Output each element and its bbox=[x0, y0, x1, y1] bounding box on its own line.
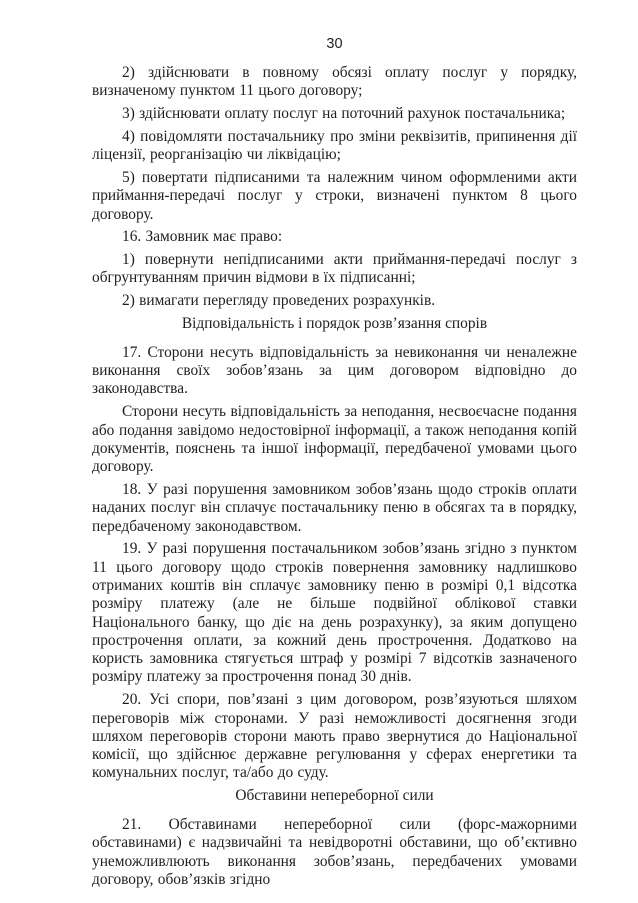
paragraph: 4) повідомляти постачальнику про зміни р… bbox=[92, 128, 577, 165]
document-page: 30 2) здійснювати в повному обсязі оплат… bbox=[0, 0, 638, 903]
page-content: 30 2) здійснювати в повному обсязі оплат… bbox=[92, 35, 577, 894]
page-number: 30 bbox=[92, 35, 577, 53]
paragraph: 19. У разі порушення постачальником зобо… bbox=[92, 540, 577, 686]
paragraph: 5) повертати підписаними та належним чин… bbox=[92, 169, 577, 224]
paragraph: 21. Обставинами непереборної сили (форс-… bbox=[92, 816, 577, 889]
paragraph: 20. Усі спори, пов’язані з цим договором… bbox=[92, 691, 577, 782]
paragraph: 3) здійснювати оплату послуг на поточний… bbox=[92, 105, 577, 123]
paragraph: 1) повернути непідписаними акти прийманн… bbox=[92, 251, 577, 288]
section-heading: Обставини непереборної сили bbox=[92, 787, 577, 805]
paragraph: 2) здійснювати в повному обсязі оплату п… bbox=[92, 64, 577, 101]
document-body: 2) здійснювати в повному обсязі оплату п… bbox=[92, 64, 577, 889]
paragraph: Сторони несуть відповідальність за непод… bbox=[92, 403, 577, 476]
paragraph: 17. Сторони несуть відповідальність за н… bbox=[92, 344, 577, 399]
section-heading: Відповідальність і порядок розв’язання с… bbox=[92, 315, 577, 333]
paragraph: 18. У разі порушення замовником зобов’яз… bbox=[92, 481, 577, 536]
paragraph: 16. Замовник має право: bbox=[92, 228, 577, 246]
paragraph: 2) вимагати перегляду проведених розраху… bbox=[92, 292, 577, 310]
